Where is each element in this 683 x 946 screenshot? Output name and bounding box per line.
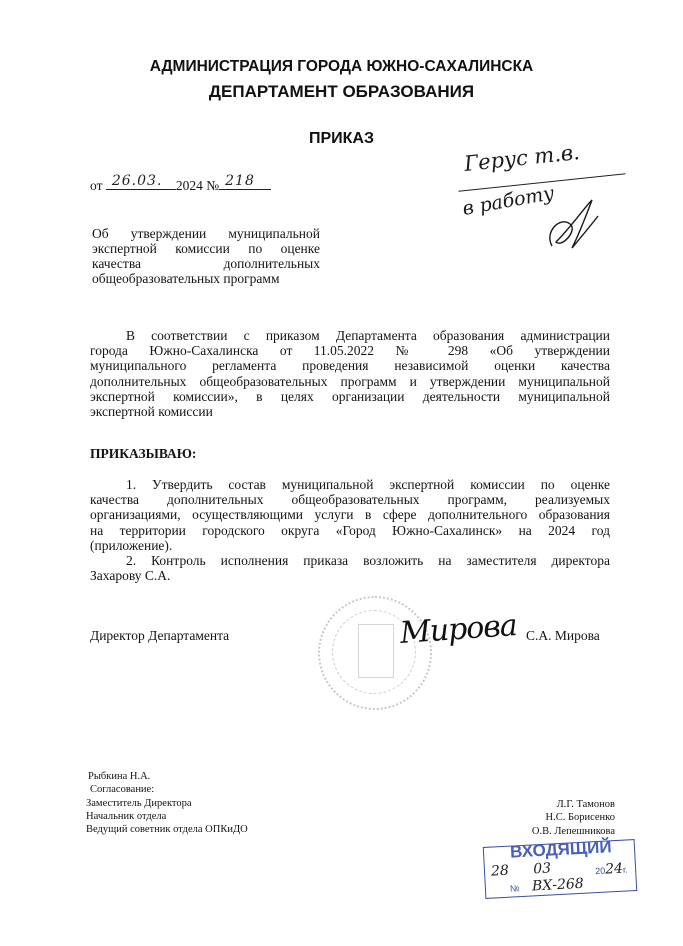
item-line: организациями, осуществляющими услуги в … xyxy=(90,507,610,522)
approver-name: Л.Г. Тамонов xyxy=(480,798,615,811)
number-label: № xyxy=(206,178,219,193)
footer-right: Л.Г. Тамонов Н.С. Борисенко О.В. Лепешни… xyxy=(480,798,615,838)
preamble-line: В соответствии с приказом Департамента о… xyxy=(90,328,610,343)
subject-line: экспертной комиссии по оценке xyxy=(92,241,320,256)
stamp-number: ВХ-268 xyxy=(532,876,584,895)
order-item-1: 1. Утвердить состав муниципальной экспер… xyxy=(90,477,610,553)
approver-name: Н.С. Борисенко xyxy=(480,811,615,824)
preamble-line: муниципального регламента проведения нез… xyxy=(90,358,610,373)
stamp-year-label: г. xyxy=(623,864,628,874)
item-line: Захарову С.А. xyxy=(90,568,610,583)
stamp-month: 03 xyxy=(533,860,552,877)
handwritten-signature: Мирова xyxy=(399,608,518,651)
order-subject: Об утверждении муниципальной экспертной … xyxy=(92,226,320,286)
executor-name: Рыбкина Н.А. xyxy=(86,770,248,783)
handwritten-number: 218 xyxy=(225,173,255,189)
date-prefix: от xyxy=(90,178,102,193)
order-item-2: 2. Контроль исполнения приказа возложить… xyxy=(90,553,610,583)
approver-name: О.В. Лепешникова xyxy=(480,825,615,838)
preamble-line: экспертной комиссии», в целях организаци… xyxy=(90,389,610,404)
organization-title: АДМИНИСТРАЦИЯ ГОРОДА ЮЖНО-САХАЛИНСКА xyxy=(0,58,683,76)
stamp-title: ВХОДЯЩИЙ xyxy=(510,837,613,862)
approver-position: Ведущий советник отдела ОПКиДО xyxy=(86,823,248,836)
number-field: 218 xyxy=(219,174,271,190)
stamp-year-suffix: 24 xyxy=(605,861,624,878)
item-line: 2. Контроль исполнения приказа возложить… xyxy=(90,553,610,568)
footer-left: Рыбкина Н.А. Согласование: Заместитель Д… xyxy=(86,770,248,836)
resolution-assignee: Герус т.в. xyxy=(463,140,581,176)
incoming-stamp: ВХОДЯЩИЙ 28 03 2024г. № ВХ-268 xyxy=(483,839,638,899)
item-line: качества дополнительных общеобразователь… xyxy=(90,492,610,507)
department-title: ДЕПАРТАМЕНТ ОБРАЗОВАНИЯ xyxy=(0,82,683,102)
preamble-paragraph: В соответствии с приказом Департамента о… xyxy=(90,328,610,419)
subject-line: Об утверждении муниципальной xyxy=(92,226,320,241)
signatory-name: С.А. Мирова xyxy=(526,628,600,644)
official-seal-icon xyxy=(318,596,432,710)
preamble-line: экспертной комиссии xyxy=(90,404,610,419)
stamp-day: 28 xyxy=(491,863,510,880)
approver-position: Начальник отдела xyxy=(86,810,248,823)
approver-position: Заместитель Директора xyxy=(86,797,248,810)
date-number-line: от 26.03. 2024 № 218 xyxy=(90,174,271,194)
year-text: 2024 xyxy=(176,178,203,193)
handwritten-date: 26.03. xyxy=(112,173,163,189)
subject-line: общеобразовательных программ xyxy=(92,271,320,286)
item-line: 1. Утвердить состав муниципальной экспер… xyxy=(90,477,610,492)
preamble-line: дополнительных общеобразовательных прогр… xyxy=(90,374,610,389)
order-heading: ПРИКАЗЫВАЮ: xyxy=(90,446,196,462)
item-line: на территории городского округа «Город Ю… xyxy=(90,523,610,538)
resolution-signature-icon xyxy=(542,196,602,252)
stamp-number-label: № xyxy=(510,883,520,893)
approval-label: Согласование: xyxy=(86,783,248,796)
subject-line: качества дополнительных xyxy=(92,256,320,271)
resolution-note: Герус т.в. в работу xyxy=(458,140,638,250)
item-line: (приложение). xyxy=(90,538,610,553)
stamp-year-prefix: 20 xyxy=(595,866,606,877)
signatory-position: Директор Департамента xyxy=(90,628,229,644)
date-field: 26.03. xyxy=(106,174,176,190)
preamble-line: города Южно-Сахалинска от 11.05.2022 № 2… xyxy=(90,343,610,358)
